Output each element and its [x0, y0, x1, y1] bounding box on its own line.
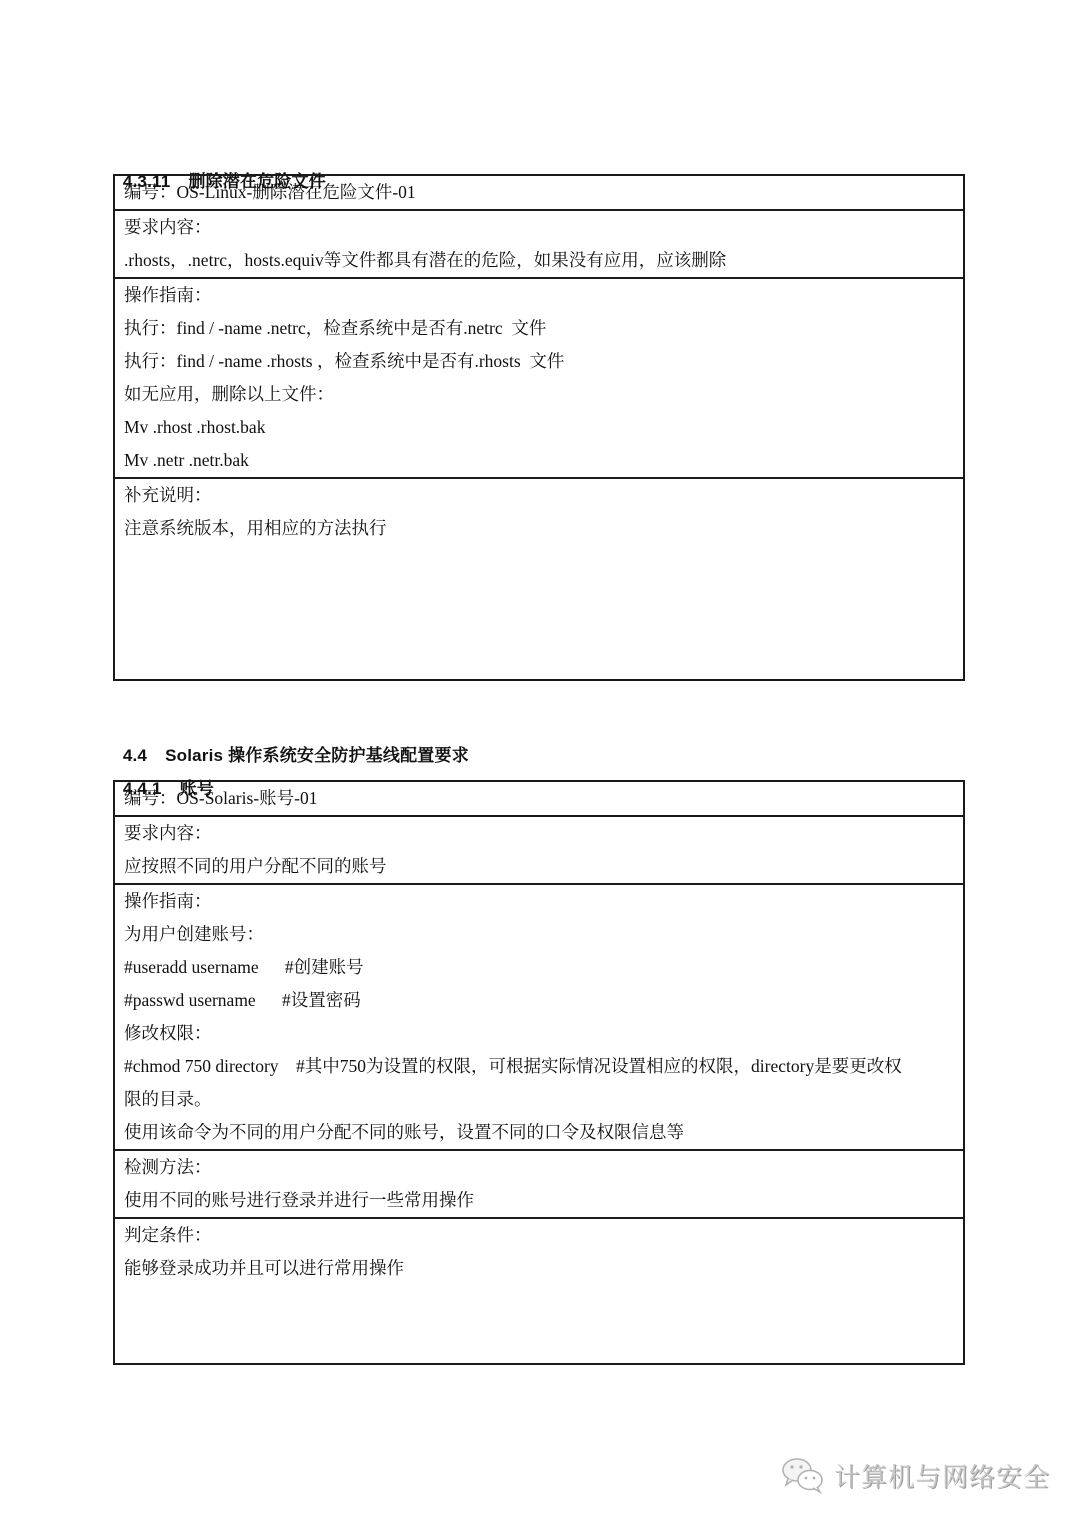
criteria-row: 判定条件： 能够登录成功并且可以进行常用操作	[115, 1217, 963, 1369]
guide-line: #chmod 750 directory #其中750为设置的权限，可根据实际情…	[124, 1050, 963, 1083]
guide-line: Mv .rhost .rhost.bak	[124, 411, 963, 444]
guide-line: 执行：find / -name .rhosts ，检查系统中是否有.rhosts…	[124, 345, 963, 378]
id-text: 编号：OS-Linux-删除潜在危险文件-01	[124, 176, 963, 209]
detection-row: 检测方法： 使用不同的账号进行登录并进行一些常用操作	[115, 1149, 963, 1217]
notes-text: 注意系统版本，用相应的方法执行	[124, 512, 963, 545]
requirement-row: 要求内容： 应按照不同的用户分配不同的账号	[115, 815, 963, 883]
baseline-table-solaris-account: 编号：OS-Solaris-账号-01 要求内容： 应按照不同的用户分配不同的账…	[113, 780, 965, 1365]
guide-row: 操作指南： 为用户创建账号： #useradd username #创建账号 #…	[115, 883, 963, 1149]
guide-row: 操作指南： 执行：find / -name .netrc，检查系统中是否有.ne…	[115, 277, 963, 477]
id-row: 编号：OS-Solaris-账号-01	[115, 782, 963, 815]
guide-line: #useradd username #创建账号	[124, 951, 963, 984]
requirement-label: 要求内容：	[124, 211, 963, 244]
watermark-text: 计算机与网络安全	[834, 1457, 1050, 1494]
requirement-row: 要求内容： .rhosts，.netrc，hosts.equiv等文件都具有潜在…	[115, 209, 963, 277]
id-row: 编号：OS-Linux-删除潜在危险文件-01	[115, 176, 963, 209]
wechat-icon	[780, 1455, 826, 1495]
guide-line: 执行：find / -name .netrc，检查系统中是否有.netrc 文件	[124, 312, 963, 345]
guide-line: Mv .netr .netr.bak	[124, 444, 963, 477]
guide-line: 限的目录。	[124, 1083, 963, 1116]
criteria-text: 能够登录成功并且可以进行常用操作	[124, 1252, 963, 1285]
detection-label: 检测方法：	[124, 1151, 963, 1184]
guide-label: 操作指南：	[124, 279, 963, 312]
notes-row: 补充说明： 注意系统版本，用相应的方法执行	[115, 477, 963, 683]
requirement-label: 要求内容：	[124, 817, 963, 850]
criteria-label: 判定条件：	[124, 1219, 963, 1252]
guide-line: 如无应用，删除以上文件：	[124, 378, 963, 411]
guide-line: 使用该命令为不同的用户分配不同的账号，设置不同的口令及权限信息等	[124, 1116, 963, 1149]
guide-line: 修改权限：	[124, 1017, 963, 1050]
id-text: 编号：OS-Solaris-账号-01	[124, 782, 963, 815]
notes-label: 补充说明：	[124, 479, 963, 512]
guide-label: 操作指南：	[124, 885, 963, 918]
guide-line: #passwd username #设置密码	[124, 984, 963, 1017]
requirement-text: .rhosts，.netrc，hosts.equiv等文件都具有潜在的危险，如果…	[124, 244, 963, 277]
guide-line: 为用户创建账号：	[124, 918, 963, 951]
detection-text: 使用不同的账号进行登录并进行一些常用操作	[124, 1184, 963, 1217]
baseline-table-linux-dangerous-files: 编号：OS-Linux-删除潜在危险文件-01 要求内容： .rhosts，.n…	[113, 174, 965, 681]
watermark: 计算机与网络安全	[780, 1455, 1050, 1495]
requirement-text: 应按照不同的用户分配不同的账号	[124, 850, 963, 883]
